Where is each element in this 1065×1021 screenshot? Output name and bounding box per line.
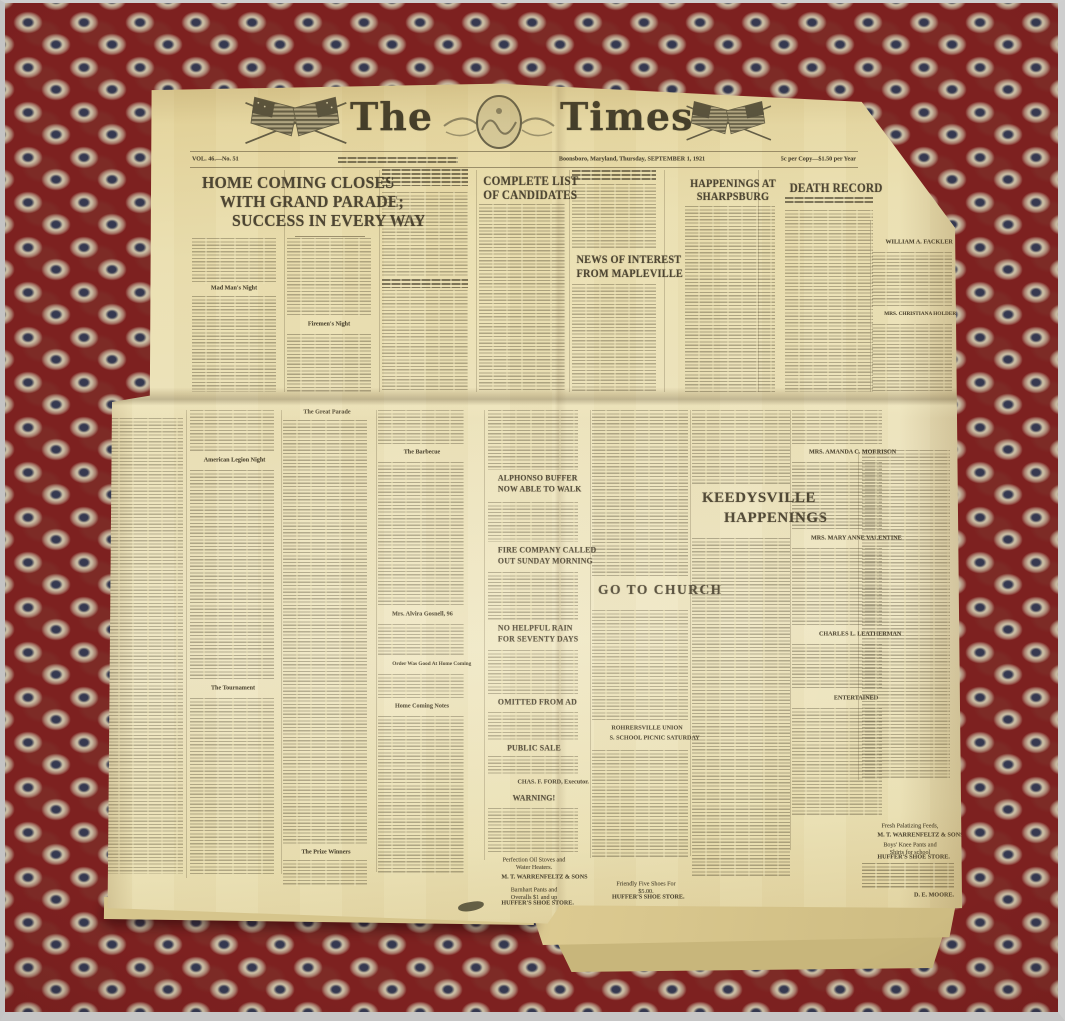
column-rule	[664, 170, 665, 392]
masthead-rule	[190, 151, 858, 152]
masthead-rule	[190, 167, 858, 168]
body-text-column	[287, 238, 371, 316]
main-headline-line1: HOME COMING CLOSES	[202, 173, 394, 193]
body-text-column	[283, 860, 367, 886]
omitted-from-ad-headline: OMITTED FROM AD	[498, 698, 570, 707]
body-text-column	[592, 750, 688, 858]
subhead-order-was-good: Order Was Good At Home Coming	[392, 660, 452, 666]
column-rule	[590, 410, 591, 858]
small-headline-illegible	[572, 170, 656, 180]
volume-number: VOL. 46.—No. 51	[192, 155, 239, 162]
body-text-column	[488, 410, 578, 470]
alphonso-headline-line2: NOW ABLE TO WALK	[498, 485, 570, 494]
body-text-column	[488, 756, 578, 774]
body-text-column	[382, 290, 468, 392]
column-rule	[690, 410, 691, 856]
body-text-column	[785, 210, 873, 392]
column-rule	[870, 220, 871, 392]
dateline-filler-text	[338, 157, 458, 163]
body-text-column	[792, 410, 882, 444]
column-rule	[858, 450, 859, 780]
body-text-column	[105, 418, 183, 874]
subhead-great-parade: The Great Parade	[298, 408, 355, 415]
alphonso-headline-line1: ALPHONSO BUFFER	[498, 474, 570, 483]
ad-huffers-shoe-store: HUFFER'S SHOE STORE.	[877, 853, 942, 860]
column-rule	[758, 170, 759, 392]
column-rule	[484, 410, 485, 860]
mapleville-headline-line2: FROM MAPLEVILLE	[577, 268, 658, 280]
ad-huffers-shoe-store: HUFFER'S SHOE STORE.	[501, 899, 566, 906]
small-headline-illegible	[382, 169, 468, 186]
subhead-firemens-night: Firemen's Night	[300, 320, 357, 327]
obituary-head-holderbaum: MRS. CHRISTIANA HOLDERBAUM	[884, 310, 944, 316]
column-rule	[569, 170, 570, 392]
body-text-column	[382, 192, 468, 276]
ad-moore-body-text	[862, 863, 954, 889]
public-sale-signature: CHAS. F. FORD, Executor.	[517, 778, 580, 785]
main-headline-line2: WITH GRAND PARADE;	[220, 192, 404, 212]
complete-list-headline-line2: OF CANDIDATES	[483, 188, 560, 203]
subhead-barbecue: The Barbecue	[392, 448, 452, 455]
complete-list-headline-line1: COMPLETE LIST	[483, 174, 560, 189]
body-text-column	[692, 538, 790, 876]
body-text-column	[378, 624, 464, 656]
no-rain-headline-line1: NO HELPFUL RAIN	[498, 624, 570, 633]
crossed-flags-icon	[682, 94, 774, 152]
column-rule	[376, 410, 377, 872]
subhead-home-coming-notes: Home Coming Notes	[392, 702, 452, 709]
body-text-column	[488, 502, 578, 542]
body-text-column	[862, 450, 950, 780]
dateline: Boonsboro, Maryland, Thursday, SEPTEMBER…	[530, 155, 734, 162]
ad-moore-signature: D. E. MOORE.	[891, 891, 954, 898]
ad-warrenfeltz: M. T. WARRENFELTZ & SONS	[501, 873, 566, 880]
no-rain-headline-line2: FOR SEVENTY DAYS	[498, 635, 570, 644]
body-text-column	[592, 610, 688, 720]
death-record-headline: DEATH RECORD	[790, 181, 873, 196]
rohrersville-headline-line1: ROHRERSVILLE UNION	[610, 724, 685, 731]
subhead-tournament: The Tournament	[204, 684, 262, 691]
body-text-column	[190, 698, 274, 874]
body-text-column	[872, 324, 952, 392]
public-sale-headline: PUBLIC SALE	[498, 744, 570, 753]
column-rule	[284, 170, 285, 392]
body-text-column	[190, 470, 274, 680]
ink-smudge	[458, 900, 485, 913]
rohrersville-headline-line2: S. SCHOOL PICNIC SATURDAY	[610, 734, 685, 741]
subhead-american-legion-night: American Legion Night	[204, 456, 262, 463]
body-text-column	[378, 410, 464, 446]
ad-huffers-shoe-store: HUFFER'S SHOE STORE.	[612, 893, 680, 900]
body-text-column	[190, 410, 274, 452]
fire-company-headline-line2: OUT SUNDAY MORNING	[498, 557, 570, 566]
body-text-column	[488, 572, 578, 620]
masthead-title-the: The	[350, 94, 433, 139]
body-text-column	[192, 238, 276, 284]
body-text-column	[378, 674, 464, 698]
newspaper-front-page: The Times VOL.	[90, 70, 970, 982]
subhead-mad-mans-night: Mad Man's Night	[205, 284, 262, 291]
crossed-flags-icon	[240, 92, 350, 154]
sharpsburg-headline-line1: HAPPENINGS AT	[690, 178, 776, 190]
sharpsburg-headline-line2: SHARPSBURG	[690, 191, 776, 203]
warning-headline: WARNING!	[498, 794, 570, 803]
ad-fresh-feeds: Fresh Palatizing Feeds,	[877, 822, 942, 829]
headline-rule	[295, 236, 365, 237]
photo-scene: The Times VOL.	[0, 0, 1065, 1021]
body-text-column	[572, 184, 656, 248]
subhead-gosnell: Mrs. Alvira Gosnell, 96	[392, 610, 452, 617]
body-text-column	[592, 410, 688, 578]
subhead-prize-winners: The Prize Winners	[297, 848, 355, 855]
body-text-column	[283, 420, 367, 844]
body-text-column	[685, 206, 775, 392]
column-rule	[379, 170, 380, 392]
mapleville-headline-line1: NEWS OF INTEREST	[577, 254, 658, 266]
body-text-column	[488, 650, 578, 694]
body-text-column	[488, 808, 578, 854]
masthead-title-times: Times	[560, 94, 694, 139]
masthead-seal-icon	[442, 90, 556, 156]
price-line: 5c per Copy—$1.50 per Year	[743, 155, 856, 162]
body-text-column	[378, 716, 464, 874]
fire-company-headline-line1: FIRE COMPANY CALLED	[498, 546, 570, 555]
column-rule	[790, 410, 791, 850]
body-text-column	[692, 410, 790, 486]
body-text-column	[488, 712, 578, 740]
body-text-column	[572, 284, 656, 392]
body-text-column	[378, 462, 464, 606]
body-text-column	[872, 252, 952, 306]
ad-perfection-stoves: Perfection Oil Stoves and Water Heaters.	[501, 856, 566, 871]
obituary-head-fackler: WILLIAM A. FACKLER	[885, 238, 942, 245]
column-rule	[476, 170, 477, 392]
small-headline-illegible	[382, 279, 468, 288]
column-rule	[186, 410, 187, 878]
ad-warrenfeltz: M. T. WARRENFELTZ & SONS	[877, 831, 942, 838]
body-text-column	[479, 204, 565, 392]
body-text-column	[287, 334, 371, 392]
body-text-column	[192, 296, 276, 392]
small-headline-illegible	[785, 197, 873, 204]
column-rule	[281, 410, 282, 874]
